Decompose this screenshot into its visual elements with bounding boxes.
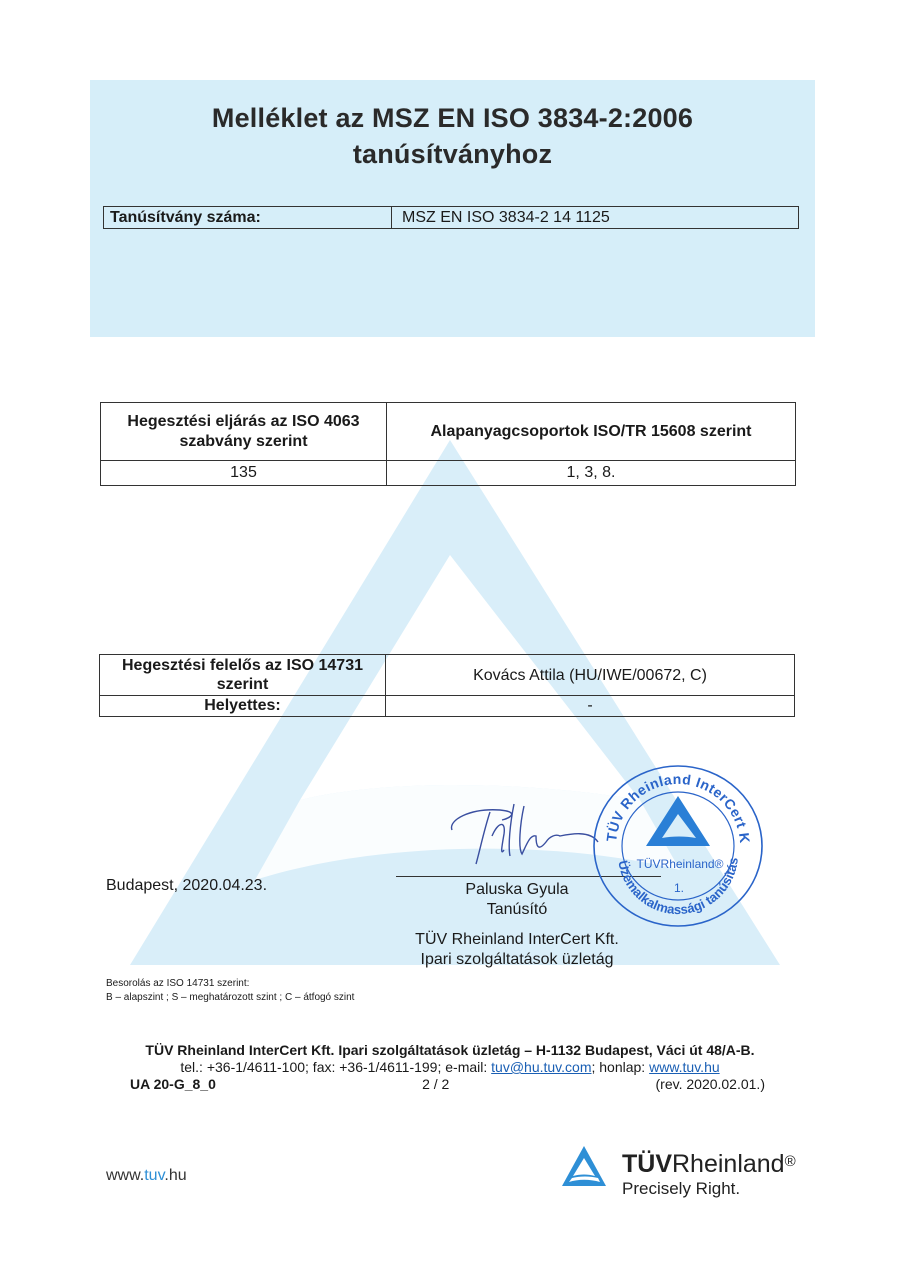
table-row: Hegesztési eljárás az ISO 4063 szabvány … — [101, 403, 796, 461]
table-row: Hegesztési felelős az ISO 14731 szerint … — [100, 655, 795, 696]
svg-text:TÜVRheinland®: TÜVRheinland® — [637, 857, 724, 871]
deputy-value: - — [386, 696, 795, 717]
company-division: Ipari szolgáltatások üzletág — [396, 950, 638, 970]
classification-levels: B – alapszint ; S – meghatározott szint … — [106, 991, 354, 1005]
company-block: TÜV Rheinland InterCert Kft. Ipari szolg… — [396, 930, 638, 970]
svg-text:TÜV Rheinland InterCert Kft.: TÜV Rheinland InterCert Kft. — [588, 758, 753, 844]
table-row: Helyettes: - — [100, 696, 795, 717]
table-row: 135 1, 3, 8. — [101, 461, 796, 486]
footer-contacts: tel.: +36-1/4611-100; fax: +36-1/4611-19… — [100, 1059, 800, 1076]
brand-tagline: Precisely Right. — [622, 1178, 796, 1200]
title-line-2: tanúsítványhoz — [90, 136, 815, 172]
website-highlight: tuv — [144, 1167, 164, 1184]
responsible-label: Hegesztési felelős az ISO 14731 szerint — [100, 655, 386, 696]
registered-mark: ® — [785, 1153, 796, 1170]
company-name: TÜV Rheinland InterCert Kft. — [396, 930, 638, 950]
brand-name: TÜVRheinland® — [622, 1150, 796, 1178]
page-title: Melléklet az MSZ EN ISO 3834-2:2006 tanú… — [90, 100, 815, 172]
tuv-triangle-logo-icon — [560, 1144, 608, 1190]
classification-title: Besorolás az ISO 14731 szerint: — [106, 977, 354, 991]
svg-text:1.: 1. — [674, 881, 684, 895]
place-date: Budapest, 2020.04.23. — [106, 877, 267, 895]
footer-email-link[interactable]: tuv@hu.tuv.com — [491, 1059, 591, 1075]
brand-logo: TÜVRheinland® Precisely Right. — [560, 1144, 796, 1200]
footer-homepage-link[interactable]: www.tuv.hu — [649, 1059, 720, 1075]
signature-icon — [440, 790, 600, 870]
website-prefix: www. — [106, 1167, 144, 1184]
brand-name-regular: Rheinland — [672, 1150, 785, 1178]
certificate-number-label: Tanúsítvány száma: — [104, 207, 392, 228]
footer-address: TÜV Rheinland InterCert Kft. Ipari szolg… — [100, 1042, 800, 1059]
footer-meta: UA 20-G_8_0 2 / 2 (rev. 2020.02.01.) — [100, 1076, 800, 1093]
doc-code: UA 20-G_8_0 — [130, 1076, 216, 1093]
material-groups-header: Alapanyagcsoportok ISO/TR 15608 szerint — [387, 403, 796, 461]
brand-name-bold: TÜV — [622, 1150, 672, 1178]
deputy-label: Helyettes: — [100, 696, 386, 717]
revision: (rev. 2020.02.01.) — [656, 1076, 765, 1093]
process-value: 135 — [101, 461, 387, 486]
process-table: Hegesztési eljárás az ISO 4063 szabvány … — [100, 402, 796, 486]
responsible-table: Hegesztési felelős az ISO 14731 szerint … — [99, 654, 795, 717]
classification-note: Besorolás az ISO 14731 szerint: B – alap… — [106, 977, 354, 1005]
responsible-value: Kovács Attila (HU/IWE/00672, C) — [386, 655, 795, 696]
footer-homepage-label: ; honlap: — [591, 1059, 649, 1075]
certificate-number-value: MSZ EN ISO 3834-2 14 1125 — [392, 207, 798, 228]
website: www.tuv.hu — [106, 1167, 187, 1185]
website-suffix: .hu — [164, 1167, 186, 1184]
title-line-1: Melléklet az MSZ EN ISO 3834-2:2006 — [90, 100, 815, 136]
footer-tel-fax: tel.: +36-1/4611-100; fax: +36-1/4611-19… — [180, 1059, 491, 1075]
material-groups-value: 1, 3, 8. — [387, 461, 796, 486]
page-number: 2 / 2 — [422, 1076, 449, 1093]
process-header: Hegesztési eljárás az ISO 4063 szabvány … — [101, 403, 387, 461]
company-stamp-icon: TÜV Rheinland InterCert Kft. Üzemalkalma… — [588, 758, 768, 928]
certificate-number-row: Tanúsítvány száma: MSZ EN ISO 3834-2 14 … — [103, 206, 799, 229]
footer: TÜV Rheinland InterCert Kft. Ipari szolg… — [100, 1042, 800, 1093]
